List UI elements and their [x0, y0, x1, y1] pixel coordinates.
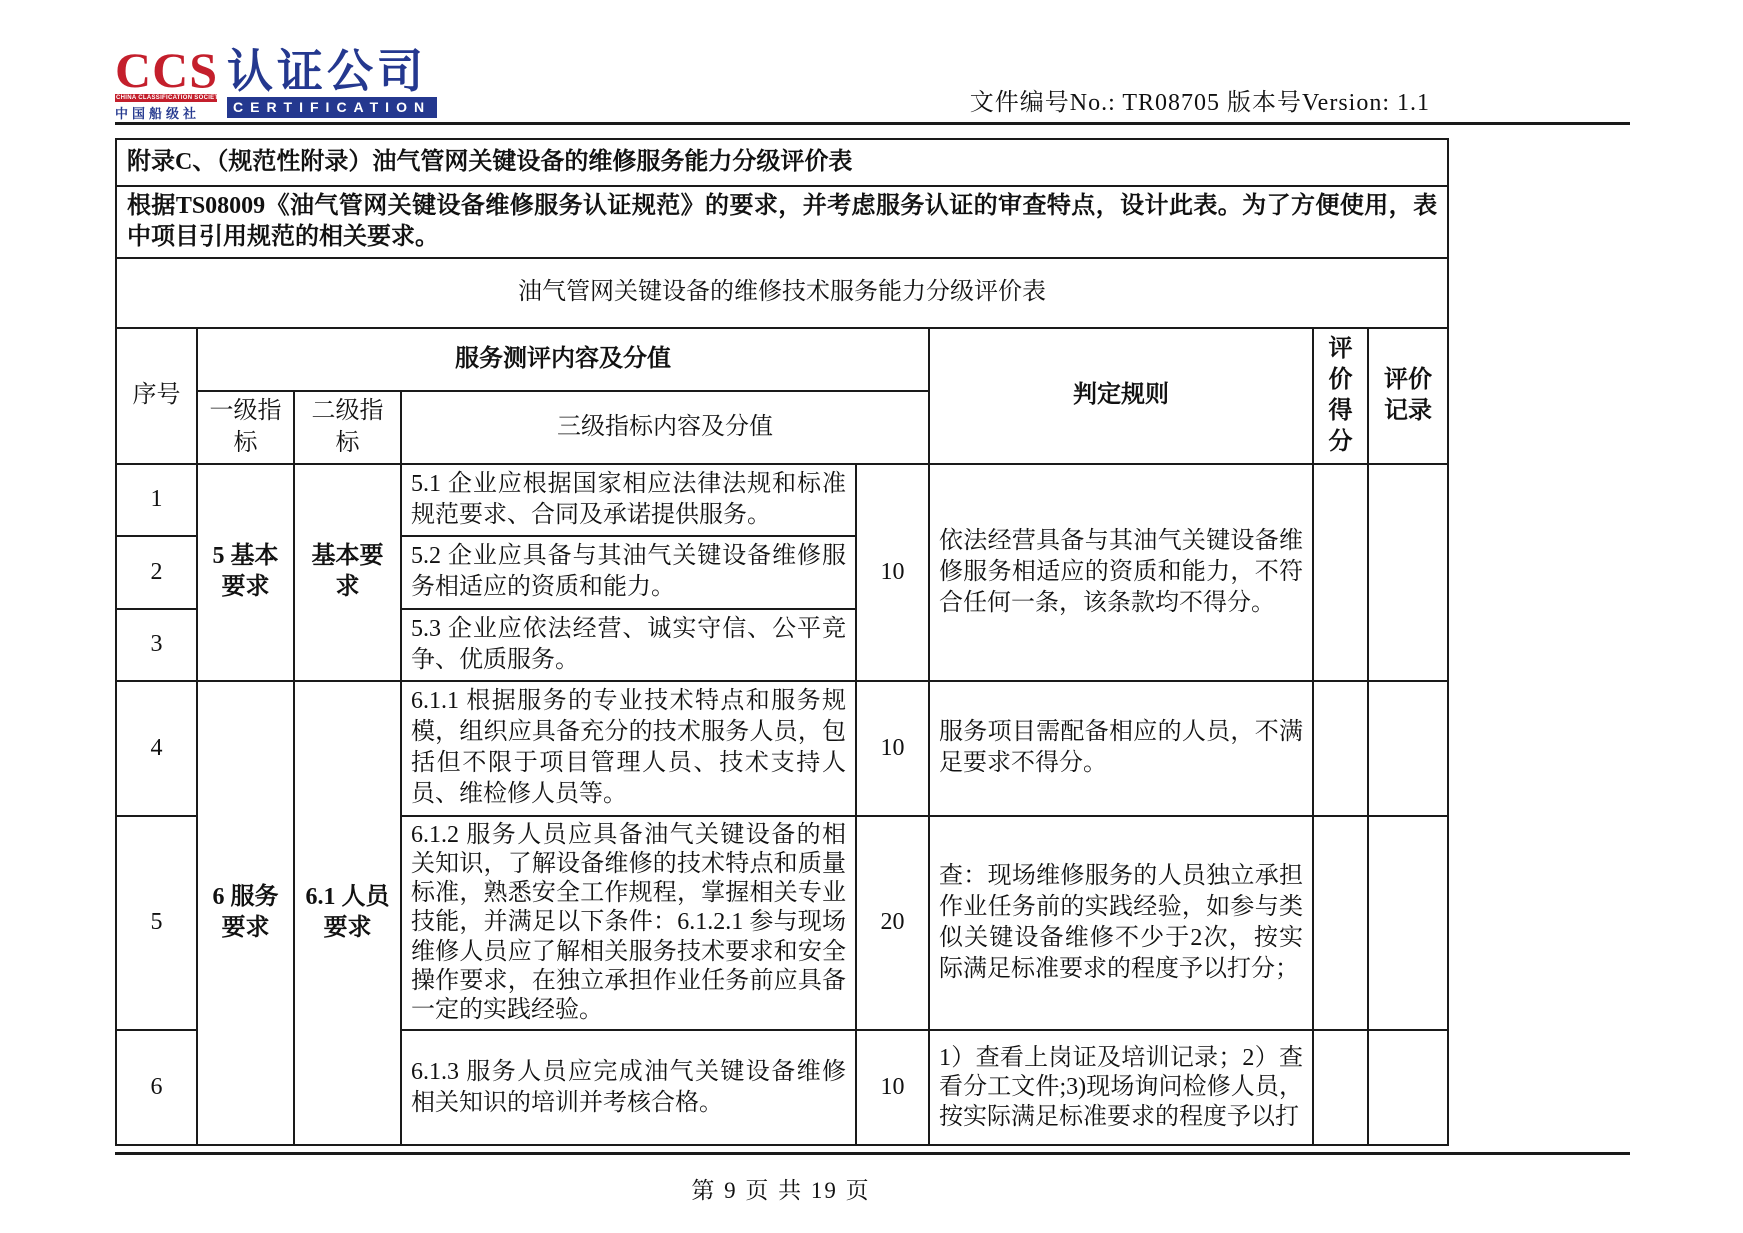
level2-personnel-requirements: 6.1 人员要求 [294, 681, 401, 1146]
level1-service-requirements: 6 服务要求 [197, 681, 294, 1146]
item-6-1-2: 6.1.2 服务人员应具备油气关键设备的相关知识，了解设备维修的技术特点和质量标… [401, 816, 856, 1031]
ccs-logo-left: CCS CHINA CLASSIFICATION SOCIETY 中国船级社 [115, 50, 217, 122]
score-section-5: 10 [856, 464, 929, 681]
doc-number: 文件编号No.: TR08705 版本号Version: 1.1 [970, 82, 1430, 117]
header-rule: 判定规则 [929, 328, 1313, 463]
eval-score-cell-6-1-2 [1313, 816, 1368, 1031]
header-level3: 三级指标内容及分值 [401, 391, 929, 463]
rule-section-5: 依法经营具备与其油气关键设备维修服务相适应的资质和能力，不符合任何一条，该条款均… [929, 464, 1313, 681]
eval-score-cell-6-1-1 [1313, 681, 1368, 816]
document-header: CCS CHINA CLASSIFICATION SOCIETY 中国船级社 认… [115, 50, 1630, 122]
header-eval-record: 评价记录 [1368, 328, 1448, 463]
header-level1: 一级指标 [197, 391, 294, 463]
design-note-row: 根据TS08009《油气管网关键设备维修服务认证规范》的要求，并考虑服务认证的审… [116, 186, 1448, 258]
certification-bar: CERTIFICATION [227, 97, 437, 118]
level1-basic-requirements: 5 基本要求 [197, 464, 294, 681]
row-4-seq: 4 [116, 681, 197, 816]
table-header-row-1: 序号 服务测评内容及分值 判定规则 评价得分 评价记录 [116, 328, 1448, 391]
row-2-seq: 2 [116, 536, 197, 608]
row-6-seq: 6 [116, 1030, 197, 1145]
eval-record-cell-section-5 [1368, 464, 1448, 681]
page-number: 第 9 页 共 19 页 [115, 1172, 1447, 1205]
row-3-seq: 3 [116, 609, 197, 681]
company-name-cn: 认证公司 [227, 50, 437, 94]
table-caption-row: 油气管网关键设备的维修技术服务能力分级评价表 [116, 258, 1448, 328]
document-page: CCS CHINA CLASSIFICATION SOCIETY 中国船级社 认… [0, 0, 1743, 1233]
header-eval-score: 评价得分 [1313, 328, 1368, 463]
item-6-1-1: 6.1.1 根据服务的专业技术特点和服务规模，组织应具备充分的技术服务人员，包括… [401, 681, 856, 816]
eval-record-cell-6-1-3 [1368, 1030, 1448, 1145]
eval-record-cell-6-1-2 [1368, 816, 1448, 1031]
header-content-group: 服务测评内容及分值 [197, 328, 929, 391]
table-row: 4 6 服务要求 6.1 人员要求 6.1.1 根据服务的专业技术特点和服务规模… [116, 681, 1448, 816]
score-6-1-3: 10 [856, 1030, 929, 1145]
header-divider [115, 122, 1630, 125]
eval-score-cell-section-5 [1313, 464, 1368, 681]
appendix-title: 附录C、（规范性附录）油气管网关键设备的维修服务能力分级评价表 [116, 139, 1448, 186]
score-6-1-1: 10 [856, 681, 929, 816]
item-5-2: 5.2 企业应具备与其油气关键设备维修服务相适应的资质和能力。 [401, 536, 856, 608]
evaluation-table: 附录C、（规范性附录）油气管网关键设备的维修服务能力分级评价表 根据TS0800… [115, 138, 1449, 1146]
item-5-3: 5.3 企业应依法经营、诚实守信、公平竞争、优质服务。 [401, 609, 856, 681]
ccs-logo-right: 认证公司 CERTIFICATION [227, 50, 437, 118]
item-6-1-3: 6.1.3 服务人员应完成油气关键设备维修相关知识的培训并考核合格。 [401, 1030, 856, 1145]
society-name-cn: 中国船级社 [115, 103, 217, 122]
rule-6-1-2: 查：现场维修服务的人员独立承担作业任务前的实践经验，如参与类似关键设备维修不少于… [929, 816, 1313, 1031]
header-seq: 序号 [116, 328, 197, 463]
header-level2: 二级指标 [294, 391, 401, 463]
rule-6-1-3: 1）查看上岗证及培训记录；2）查看分工文件;3)现场询问检修人员，按实际满足标准… [929, 1030, 1313, 1145]
eval-score-cell-6-1-3 [1313, 1030, 1368, 1145]
level2-basic-requirements: 基本要求 [294, 464, 401, 681]
item-5-1: 5.1 企业应根据国家相应法律法规和标准规范要求、合同及承诺提供服务。 [401, 464, 856, 536]
row-5-seq: 5 [116, 816, 197, 1031]
rule-6-1-1: 服务项目需配备相应的人员，不满足要求不得分。 [929, 681, 1313, 816]
eval-record-cell-6-1-1 [1368, 681, 1448, 816]
row-1-seq: 1 [116, 464, 197, 536]
design-note: 根据TS08009《油气管网关键设备维修服务认证规范》的要求，并考虑服务认证的审… [116, 186, 1448, 258]
score-6-1-2: 20 [856, 816, 929, 1031]
ccs-logo-text: CCS [115, 50, 217, 91]
appendix-title-row: 附录C、（规范性附录）油气管网关键设备的维修服务能力分级评价表 [116, 139, 1448, 186]
footer-divider [115, 1152, 1630, 1155]
society-name-en: CHINA CLASSIFICATION SOCIETY [115, 94, 217, 102]
table-row: 1 5 基本要求 基本要求 5.1 企业应根据国家相应法律法规和标准规范要求、合… [116, 464, 1448, 536]
table-caption: 油气管网关键设备的维修技术服务能力分级评价表 [116, 258, 1448, 328]
